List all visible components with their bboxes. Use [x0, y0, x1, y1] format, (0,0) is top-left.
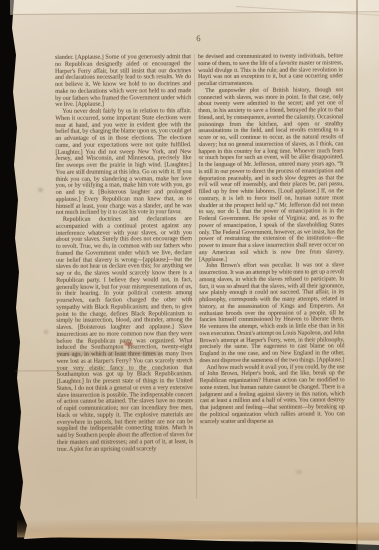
right-column: be devised and communicated to twenty in…	[198, 53, 345, 499]
paragraph: slander. [Applause.] Some of you generou…	[55, 54, 191, 109]
paragraph: be devised and communicated to twenty in…	[198, 53, 343, 88]
page-number: 6	[55, 32, 343, 47]
foxing-spot	[38, 188, 43, 192]
paragraph: John Brown's effort was peculiar. It was…	[199, 262, 345, 364]
printed-text-block: 6 slander. [Applause.] Some of you gener…	[55, 32, 345, 500]
ink-smear	[57, 351, 161, 356]
paragraph: You never dealt fairly by us in relation…	[55, 108, 192, 217]
column-divider	[194, 54, 197, 499]
stain-mark	[124, 342, 133, 346]
page-bottom-edge	[17, 519, 379, 540]
text-columns: slander. [Applause.] Some of you generou…	[55, 53, 345, 500]
paper-right-flap	[358, 0, 379, 550]
paragraph: And how much would it avail you, if you …	[200, 364, 345, 426]
left-column: slander. [Applause.] Some of you generou…	[55, 54, 193, 500]
foxing-spot	[44, 330, 48, 334]
paragraph: Republican doctrines and declarations ar…	[56, 216, 193, 453]
scanned-document-page: 6 slander. [Applause.] Some of you gener…	[0, 0, 379, 550]
paragraph: The gunpowder plot of British history, t…	[198, 87, 344, 263]
